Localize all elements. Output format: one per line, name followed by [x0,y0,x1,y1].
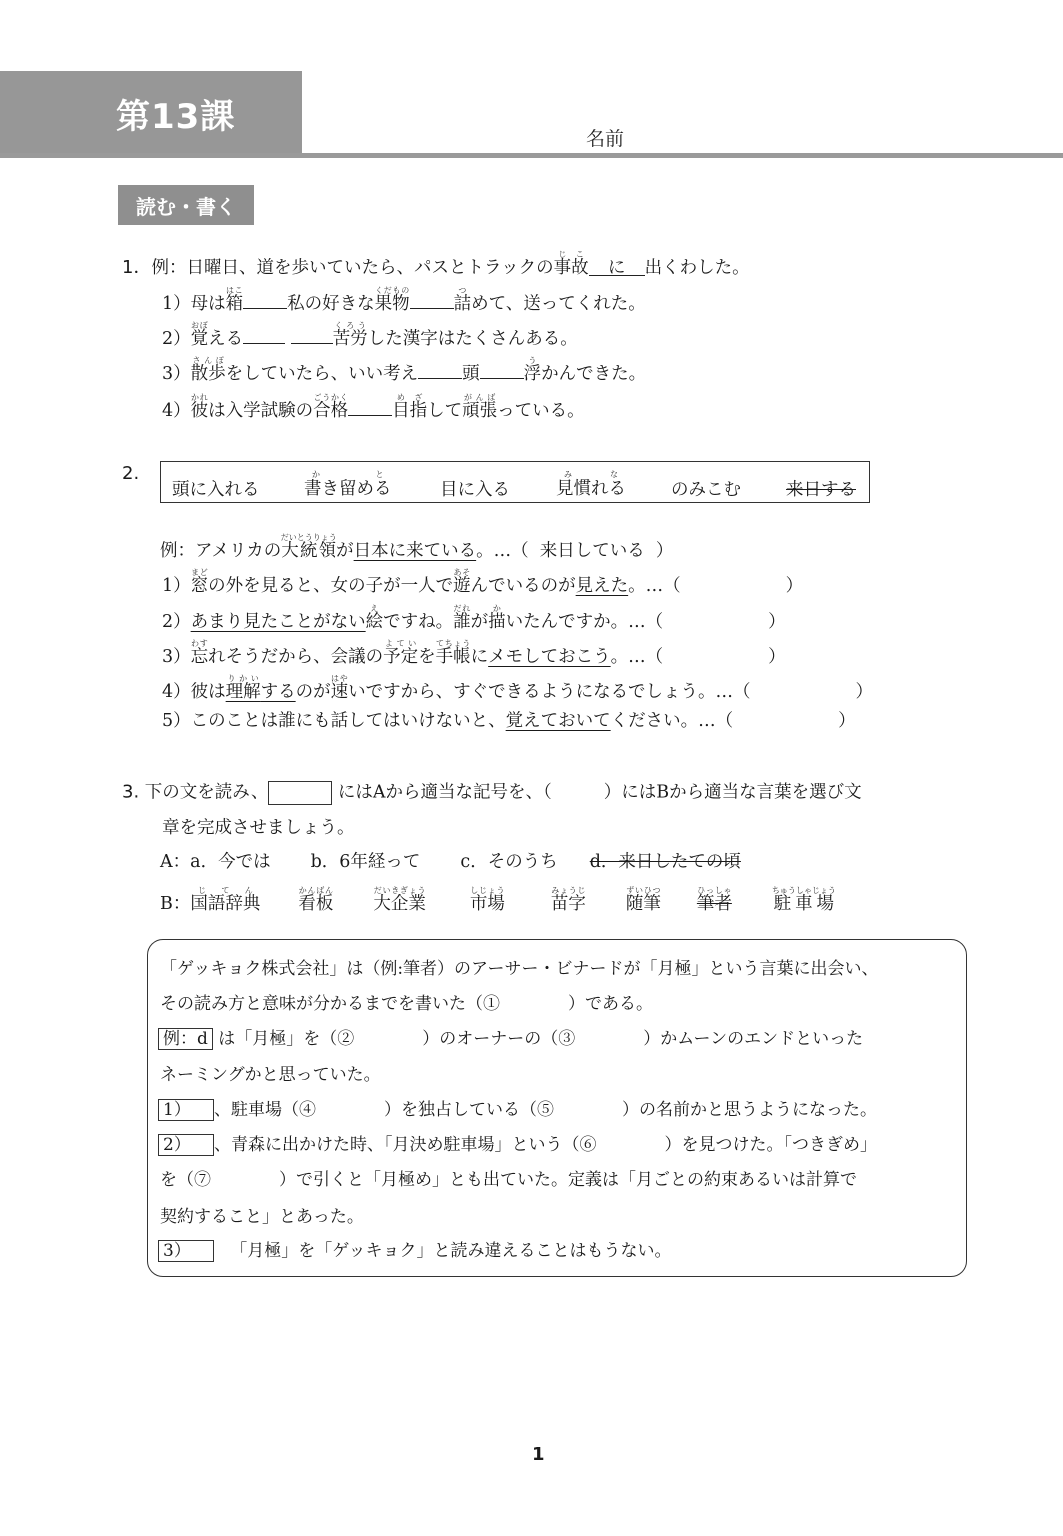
q2-item-4: 4）彼は理解りかいするのが速はやいですから、すぐできるようになるでしょう。…（） [162,674,873,703]
q2-item-3: 3）忘わすれそうだから、会議の予定よていを手帳てちょうにメモしておこう。…（） [162,639,786,668]
q2-example: 例：アメリカの大統領だいとうりょうが日本に来ている。…（ 来日している ） [160,533,673,562]
q1-example-answer: に [589,257,645,276]
blank-input[interactable] [348,397,392,416]
answer-box-2[interactable]: 2） [158,1134,214,1156]
blank-input[interactable] [243,290,287,309]
passage-line-3: 例：d は「月極」を（② ）のオーナーの（③ ）かムーンのエンドといった [158,1028,863,1050]
passage-line-4: ネーミングかと思っていた。 [160,1064,381,1086]
word-box [160,461,870,503]
passage-line-2: その読み方と意味が分かるまでを書いた（① ）である。 [160,993,653,1015]
name-label: 名前 [586,124,624,151]
passage-line-6: 2）、青森に出かけた時、「月決め駐車場」という（⑥ ）を見つけた。「つきぎめ」 [158,1134,877,1156]
passage-line-7: を（⑦ ）で引くと「月極め」とも出ていた。定義は「月ごとの約束あるいは計算で [160,1169,857,1191]
blank-input[interactable] [480,360,524,379]
option-a: a．今では [190,852,270,872]
word-option: 頭に入れる [172,476,260,501]
q1-item-3: 3）散歩さんぽをしていたら、いい考え頭浮うかんできた。 [162,356,646,385]
word-option: のみこむ [671,476,741,501]
q1-number: 1． [122,257,151,278]
word-option: 書き留めるか と [304,470,392,500]
q3-list-a: A：a．今ではb．6年経ってc．そのうちd．来日したての頃 [160,851,741,873]
answer-box-1[interactable]: 1） [158,1099,214,1121]
q3-instruction-line-1: 3. 下の文を読み、 にはAから適当な記号を、（）にはBから適当な言葉を選び文 [122,781,862,805]
answer-box-3[interactable]: 3） [158,1240,214,1262]
q3-list-b: B：国語辞典じてん看板かんばん大企業だいきぎょう市場しじょう苗字みょうじ随筆ずい… [160,886,836,915]
instruction-box-icon [268,781,332,805]
q2-example-answer: 来日している [540,541,645,561]
q2-number: 2. [122,463,139,485]
word-option: 目に入る [440,476,510,501]
q3-instruction-line-2: 章を完成させましょう。 [162,817,355,839]
blank-input[interactable] [243,325,285,344]
blank-input[interactable] [410,290,454,309]
passage-line-9: 3） 「月極」を「ゲッキョク」と読み違えることはもうない。 [158,1240,672,1262]
q1-example-suffix: 出くわした。 [645,258,750,278]
word-option: 見慣れるみ な [556,470,626,500]
lesson-title: 第13課 [0,71,302,155]
blank-input[interactable] [418,360,462,379]
ruby: 事故じこ [554,258,589,278]
q1-item-2: 2）覚おぼえる 苦労くろうした漢字はたくさんある。 [162,321,578,350]
answer-tag-example: 例：d [158,1028,213,1050]
q1-example-line: 1．例：日曜日、道を歩いていたら、パスとトラックの事故じこに出くわした。 [122,250,750,279]
q2-item-1: 1）窓まどの外を見ると、女の子が一人で遊あそんでいるのが見えた。…（） [162,568,803,597]
passage-line-8: 契約すること」とあった。 [160,1206,364,1228]
option-c: c．そのうち [460,852,557,872]
passage-line-5: 1）、駐車場（④ ）を独占している（⑤ ）の名前かと思うようになった。 [158,1099,877,1121]
blank-input[interactable] [291,325,333,344]
option-b: b．6年経って [311,852,421,872]
option-d-struck: d．来日したての頃 [590,852,741,872]
q2-item-2: 2）あまり見たことがない絵えですね。誰だれが描かいたんですか。…（） [162,604,786,633]
section-badge: 読む・書く [118,185,254,225]
q1-item-4: 4）彼かれは入学試験の合格ごうかく目指めざして頑張がんばっている。 [162,393,585,422]
page-number: 1 [532,1444,545,1465]
passage-line-1: 「ゲッキョク株式会社」は（例:筆者）のアーサー・ビナードが「月極」という言葉に出… [160,958,879,980]
q1-example-text: 例：日曜日、道を歩いていたら、パスとトラックの [151,258,553,278]
word-option-struck: 来日する [786,476,856,501]
header-divider [0,153,1063,158]
q1-item-1: 1）母は箱はこ私の好きな果物くだもの詰つめて、送ってくれた。 [162,286,646,315]
q2-item-5: 5）このことは誰にも話してはいけないと、覚えておいてください。…（） [162,710,856,732]
